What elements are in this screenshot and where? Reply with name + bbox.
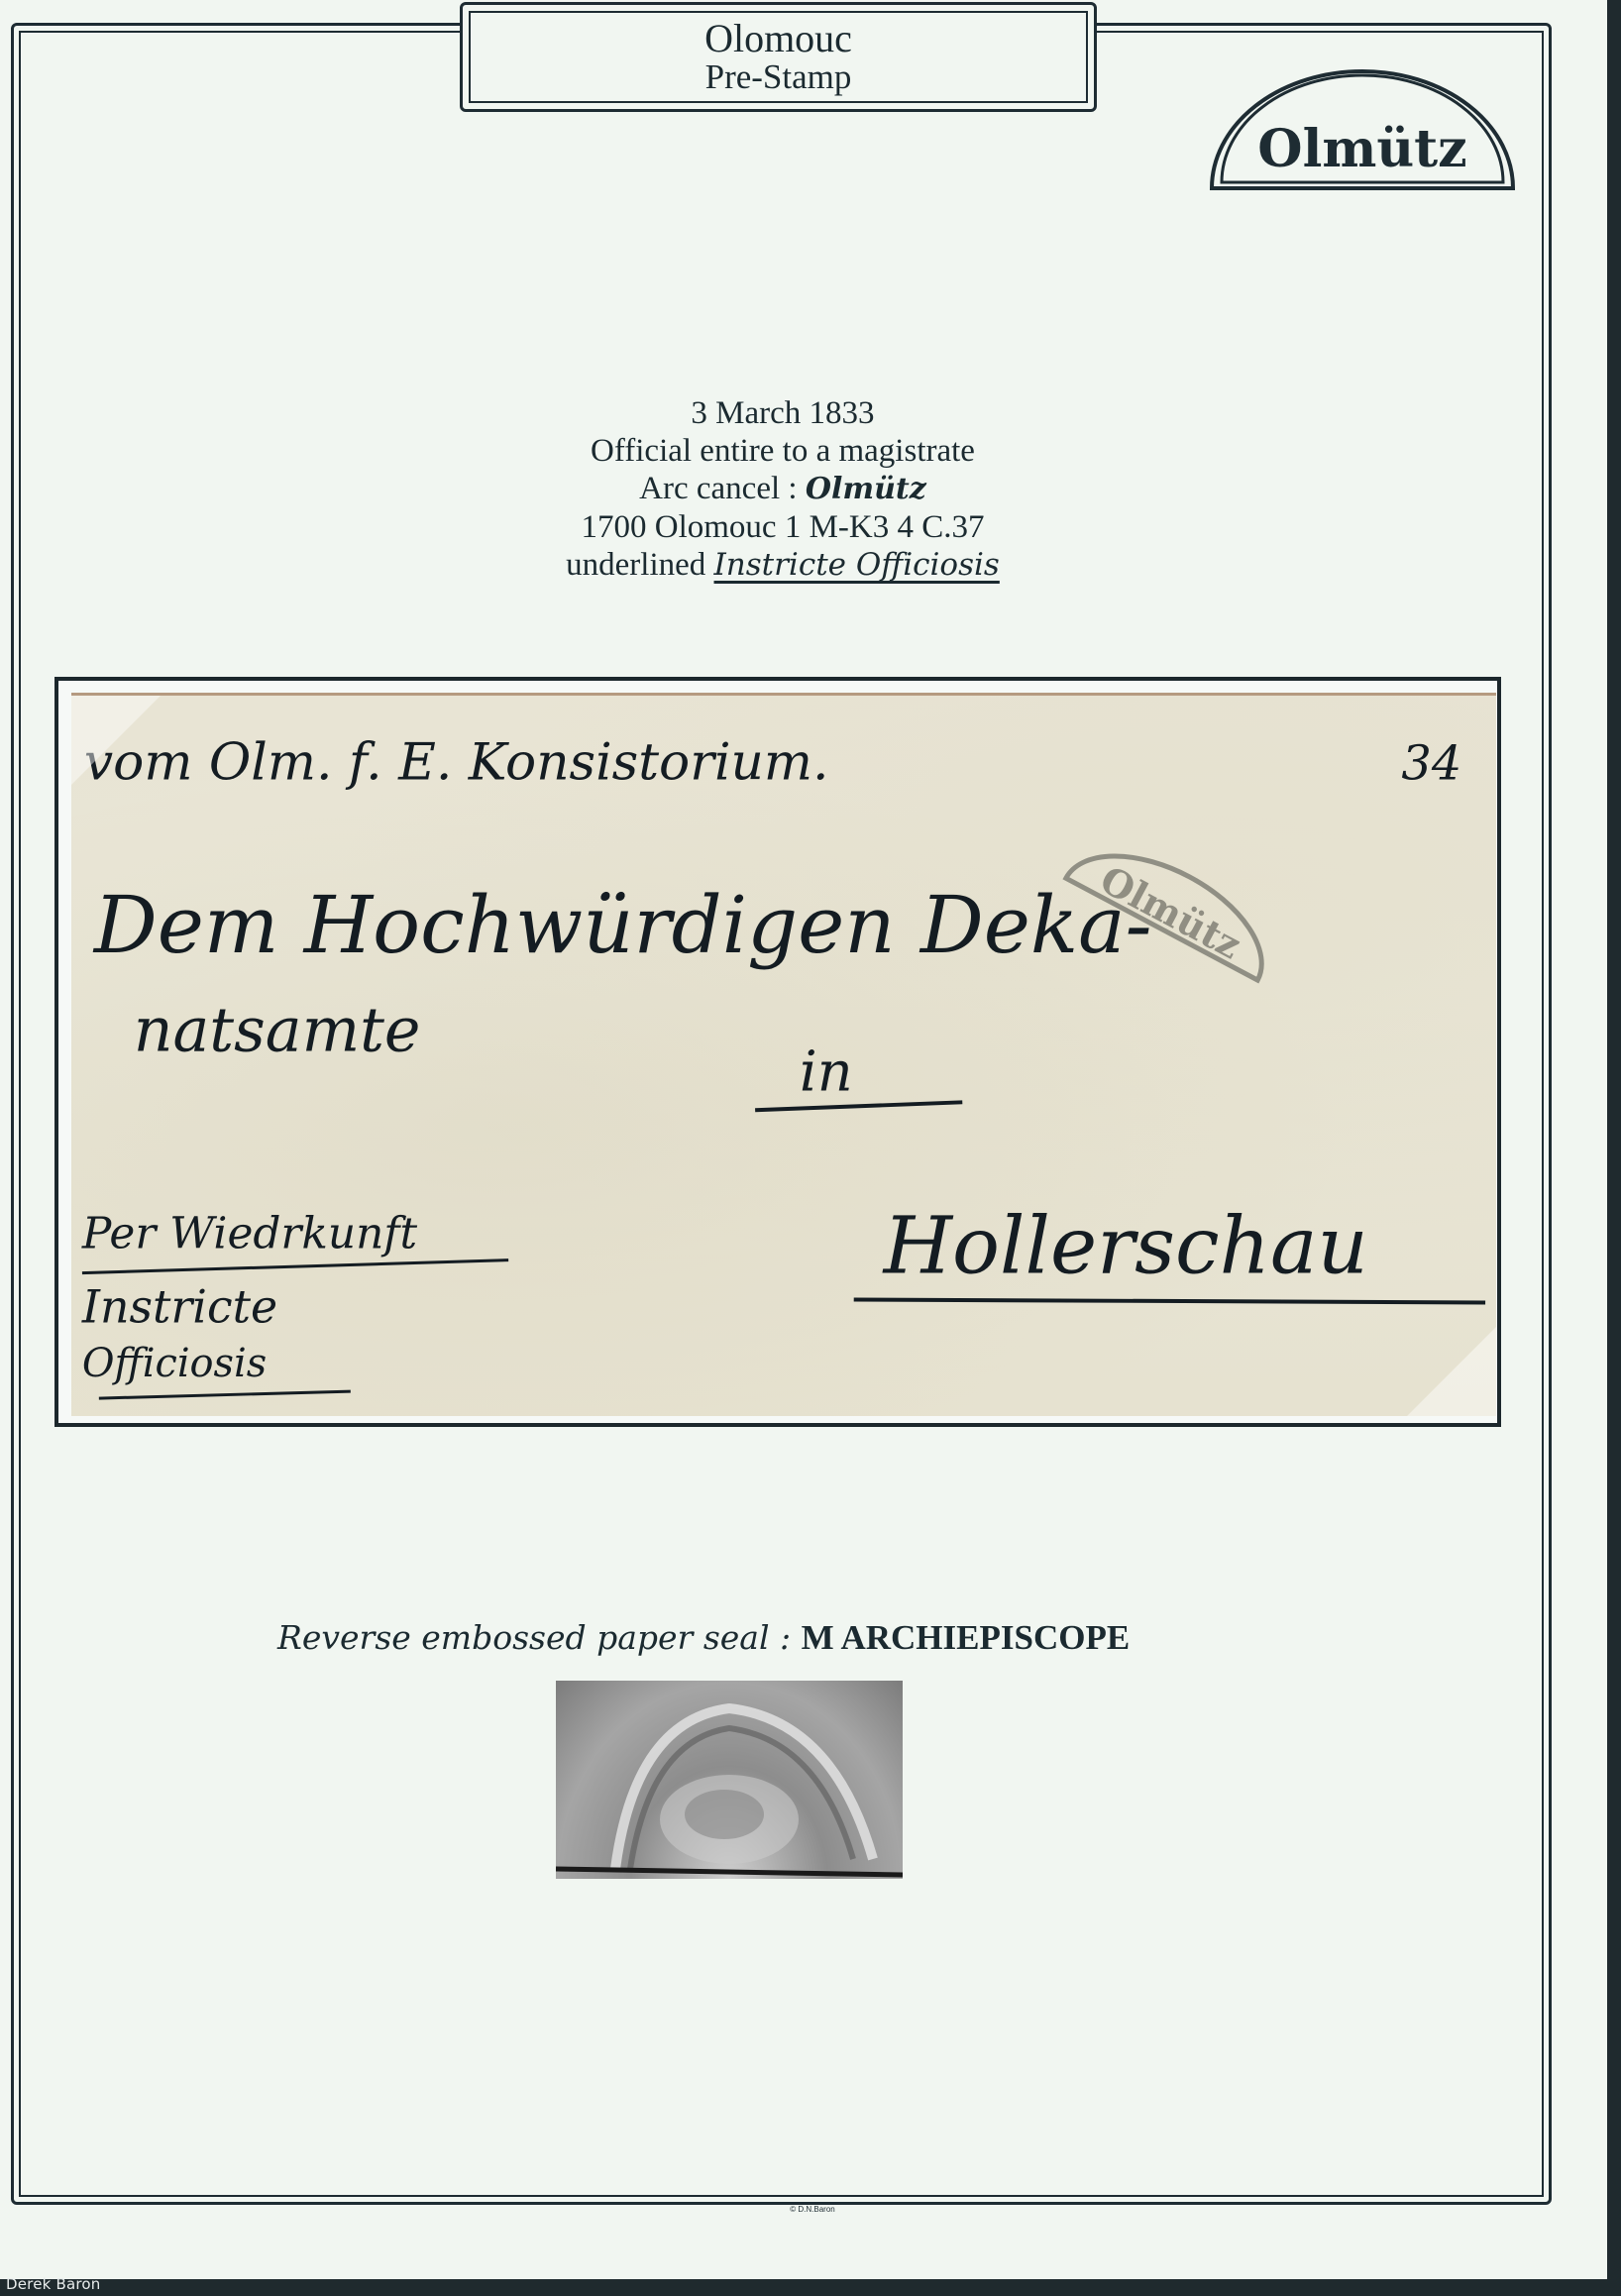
catalogue-reference: 1700 Olomouc 1 M-K3 4 C.37 — [396, 508, 1169, 546]
address-in: in — [800, 1039, 853, 1104]
handwriting-layer: Olmütz vom Olm. f. E. Konsistorium. 34 D… — [71, 696, 1496, 1416]
title-box: Olomouc Pre-Stamp — [460, 2, 1097, 112]
album-page: Olomouc Pre-Stamp Olmütz 3 March 1833 Of… — [0, 0, 1607, 2279]
cancel-name: Olmütz — [806, 472, 926, 506]
sender-line: vom Olm. f. E. Konsistorium. — [84, 733, 829, 793]
underline-line: underlined Instricte Officiosis — [396, 546, 1169, 584]
title-box-inner: Olomouc Pre-Stamp — [469, 11, 1088, 103]
endorsement-line-1: Per Wiedrkunft — [81, 1209, 418, 1259]
seal-caption-bold: M ARCHIEPISCOPE — [802, 1618, 1131, 1657]
arc-logo-text: Olmütz — [1257, 119, 1466, 179]
page-title: Olomouc — [471, 19, 1086, 58]
address-line-1: Dem Hochwürdigen Deka- — [92, 879, 1152, 971]
cover-description: 3 March 1833 Official entire to a magist… — [396, 394, 1169, 584]
photographer-watermark: Derek Baron — [6, 2275, 101, 2293]
address-line-2: natsamte — [134, 995, 421, 1066]
endorsement-line-3: Officiosis — [82, 1341, 267, 1386]
page-subtitle: Pre-Stamp — [471, 58, 1086, 96]
cover-mount: Olmütz vom Olm. f. E. Konsistorium. 34 D… — [54, 677, 1501, 1427]
embossed-seal-photo — [556, 1681, 903, 1879]
docket-number: 34 — [1401, 737, 1461, 792]
seal-caption: Reverse embossed paper seal : M ARCHIEPI… — [277, 1617, 1248, 1658]
copyright-notice: © D.N.Baron — [694, 2205, 931, 2214]
seal-caption-script: Reverse embossed paper seal : — [277, 1618, 802, 1657]
cover-type: Official entire to a magistrate — [396, 432, 1169, 470]
arc-cancel-icon: Olmütz — [1208, 67, 1517, 192]
endorsement-line-2: Instricte — [81, 1279, 277, 1333]
underline-script: Instricte Officiosis — [714, 547, 1000, 583]
underline-label: underlined — [566, 547, 713, 583]
cancel-line: Arc cancel : Olmütz — [396, 470, 1169, 508]
destination: Hollerschau — [882, 1200, 1368, 1292]
cancel-label: Arc cancel : — [639, 471, 806, 506]
cover-date: 3 March 1833 — [396, 394, 1169, 432]
postal-cover: Olmütz vom Olm. f. E. Konsistorium. 34 D… — [71, 693, 1496, 1416]
